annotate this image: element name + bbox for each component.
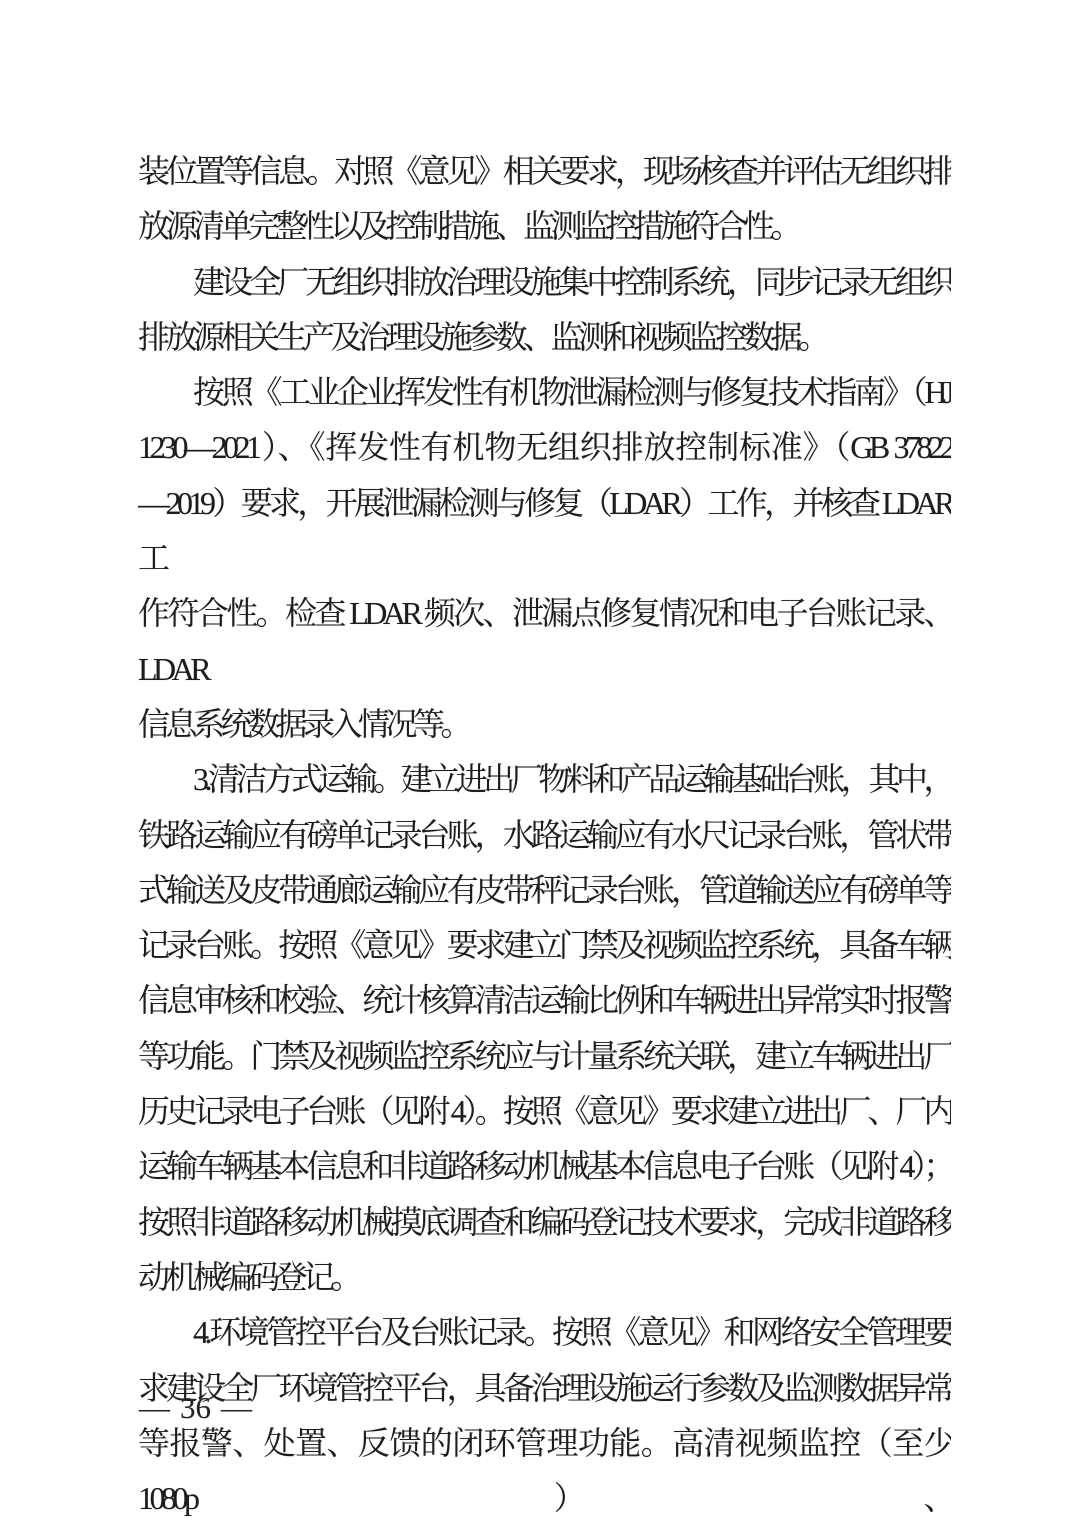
text-line: 作符合性。检查 LDAR 频次、泄漏点修复情况和电子台账记录、LDAR [138,586,951,697]
text-line: 记录台账。按照《意见》要求建立门禁及视频监控系统，具备车辆 [138,918,951,973]
text-block: 装位置等信息。对照《意见》相关要求，现场核查并评估无组织排放源清单完整性以及控制… [138,144,951,1526]
text-line: 4.环境管控平台及台账记录。按照《意见》和网络安全管理要 [138,1305,951,1360]
text-line: 动机械编码登记。 [138,1250,951,1305]
text-line: 式输送及皮带通廊运输应有皮带秤记录台账，管道输送应有磅单等 [138,863,951,918]
text-line: 按照非道路移动机械摸底调查和编码登记技术要求，完成非道路移 [138,1195,951,1250]
text-line: 按照《工业企业挥发性有机物泄漏检测与修复技术指南》（HJ [138,365,951,420]
text-line: 求建设全厂环境管控平台，具备治理设施运行参数及监测数据异常 [138,1361,951,1416]
text-line: 排放源相关生产及治理设施参数、监测和视频监控数据。 [138,310,951,365]
footer-dash-right: — [221,1391,252,1425]
text-line: 运输车辆基本信息和非道路移动机械基本信息电子台账（见附 4）； [138,1139,951,1194]
text-line: 铁路运输应有磅单记录台账，水路运输应有水尺记录台账，管状带 [138,808,951,863]
text-line: 建设全厂无组织排放治理设施集中控制系统，同步记录无组织 [138,255,951,310]
text-line: 等报警、处置、反馈的闭环管理功能。高清视频监控（至少 1080p）、 [138,1416,951,1527]
footer-page-number: 36 [180,1391,211,1425]
text-line: 装位置等信息。对照《意见》相关要求，现场核查并评估无组织排 [138,144,951,199]
text-line: 等功能。门禁及视频监控系统应与计量系统关联，建立车辆进出厂 [138,1029,951,1084]
text-line: —2019）要求，开展泄漏检测与修复（LDAR）工作，并核查 LDAR 工 [138,476,951,587]
footer-dash-left: — [139,1391,170,1425]
text-line: 放源清单完整性以及控制措施、监测监控措施符合性。 [138,199,951,254]
text-line: 历史记录电子台账（见附 4）。按照《意见》要求建立进出厂、厂内 [138,1084,951,1139]
text-line: 3.清洁方式运输。建立进出厂物料和产品运输基础台账，其中， [138,752,951,807]
text-line: 1230—2021）、《挥发性有机物无组织排放控制标准》（GB 37822 [138,420,951,475]
document-page: 装位置等信息。对照《意见》相关要求，现场核查并评估无组织排放源清单完整性以及控制… [0,0,1080,1527]
text-line: 信息系统数据录入情况等。 [138,697,951,752]
text-line: 信息审核和校验、统计核算清洁运输比例和车辆进出异常实时报警 [138,973,951,1028]
page-footer: — 36 — [139,1391,252,1425]
